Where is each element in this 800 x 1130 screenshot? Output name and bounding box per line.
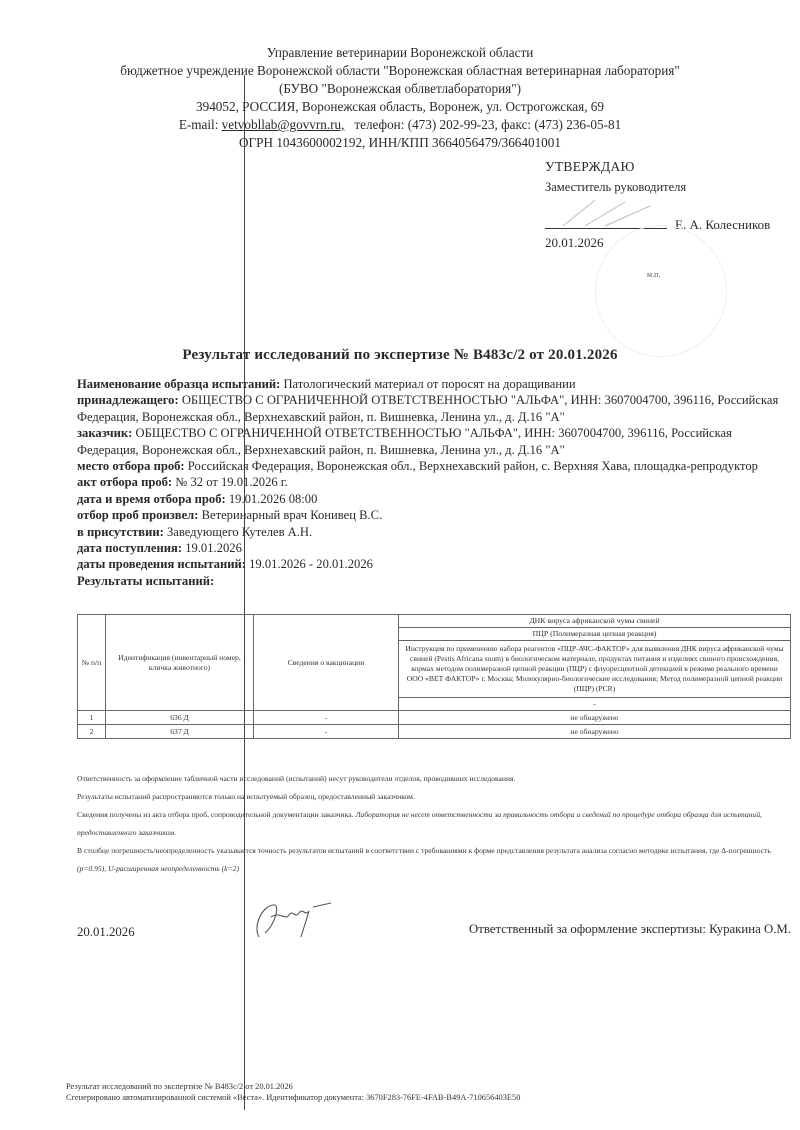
cell-result: не обнаружено <box>399 711 791 725</box>
page-footer: Результат исследований по экспертизе № В… <box>66 1081 520 1103</box>
lab-header: Управление ветеринарии Воронежской облас… <box>0 44 800 152</box>
field-value: ОБЩЕСТВО С ОГРАНИЧЕННОЙ ОТВЕТСТВЕННОСТЬЮ… <box>77 393 778 423</box>
scan-artifact-line <box>244 75 245 1110</box>
field-value: Патологический материал от поросят на до… <box>283 377 575 391</box>
note-text: В столбце погрешность/неопределенность у… <box>77 846 771 855</box>
col-header-method-name: ПЦР (Полимеразная цепная реакция) <box>399 628 791 641</box>
email-label: E-mail: <box>179 117 219 132</box>
cell-number: 2 <box>78 725 106 739</box>
field-label: дата поступления: <box>77 541 182 555</box>
footer-generator: Сгенерировано автоматизированной системо… <box>66 1092 520 1103</box>
header-short-name: (БУВО "Воронежская облветлаборатория") <box>0 80 800 98</box>
approval-title: УТВЕРЖДАЮ <box>545 158 686 176</box>
note-source: Сведения получены из акта отбора проб, с… <box>77 806 795 842</box>
header-address: 394052, РОССИЯ, Воронежская область, Вор… <box>0 98 800 116</box>
cell-result: не обнаружено <box>399 725 791 739</box>
note-text: (p=0.95), U-расширенная неопределенность… <box>77 864 239 873</box>
signature-icon <box>555 196 665 230</box>
field-value: Российская Федерация, Воронежская обл., … <box>188 459 758 473</box>
field-label: в присутствии: <box>77 525 164 539</box>
approval-role: Заместитель руководителя <box>545 178 686 196</box>
col-header-number: № п/п <box>78 615 106 711</box>
sample-fields: Наименование образца испытаний: Патологи… <box>77 376 795 589</box>
results-table: № п/п Идентификация (инвентарный номер, … <box>77 614 791 739</box>
responsible-person: Ответственный за оформление экспертизы: … <box>469 922 791 937</box>
col-header-identification: Идентификация (инвентарный номер, кличка… <box>106 615 254 711</box>
field-label: принадлежащего: <box>77 393 179 407</box>
field-sampling-place: место отбора проб: Российская Федерация,… <box>77 458 795 474</box>
field-customer: заказчик: ОБЩЕСТВО С ОГРАНИЧЕННОЙ ОТВЕТС… <box>77 425 795 458</box>
field-label: место отбора проб: <box>77 459 185 473</box>
field-label: отбор проб произвел: <box>77 508 198 522</box>
field-value: 19.01.2026 08:00 <box>229 492 318 506</box>
field-value: Ветеринарный врач Конивец В.С. <box>202 508 383 522</box>
col-header-method-doc: Инструкция по применению набора реагенто… <box>399 641 791 698</box>
field-label: Наименование образца испытаний: <box>77 377 280 391</box>
field-owner: принадлежащего: ОБЩЕСТВО С ОГРАНИЧЕННОЙ … <box>77 392 795 425</box>
header-institution: бюджетное учреждение Воронежской области… <box>0 62 800 80</box>
table-header-row: № п/п Идентификация (инвентарный номер, … <box>78 615 791 628</box>
signoff-date: 20.01.2026 <box>77 925 135 940</box>
signature-icon <box>251 897 341 941</box>
field-value: 19.01.2026 - 20.01.2026 <box>249 557 373 571</box>
seal-label: м.п. <box>647 270 660 279</box>
footer-reference: Результат исследований по экспертизе № В… <box>66 1081 520 1092</box>
note-text: Сведения получены из акта отбора проб, с… <box>77 810 353 819</box>
field-results-heading: Результаты испытаний: <box>77 573 795 589</box>
field-sampled-by: отбор проб произвел: Ветеринарный врач К… <box>77 507 795 523</box>
email-link[interactable]: vetvobllab@govvrn.ru, <box>222 117 345 132</box>
cell-vaccination: - <box>254 711 399 725</box>
field-value: Заведующего Кутелев А.Н. <box>167 525 312 539</box>
note-scope: Результаты испытаний распространяются то… <box>77 788 795 806</box>
seal-stamp-icon <box>595 225 727 357</box>
document-title: Результат исследований по экспертизе № В… <box>0 347 800 364</box>
col-header-indicator: ДНК вируса африканской чумы свиней <box>399 615 791 628</box>
field-in-presence: в присутствии: Заведующего Кутелев А.Н. <box>77 524 795 540</box>
field-label: даты проведения испытаний: <box>77 557 246 571</box>
field-sample-name: Наименование образца испытаний: Патологи… <box>77 376 795 392</box>
field-sampling-datetime: дата и время отбора проб: 19.01.2026 08:… <box>77 491 795 507</box>
header-contacts: E-mail: vetvobllab@govvrn.ru, телефон: (… <box>0 116 800 134</box>
table-row: 1 636 Д - не обнаружено <box>78 711 791 725</box>
field-received-date: дата поступления: 19.01.2026 <box>77 540 795 556</box>
note-uncertainty: В столбце погрешность/неопределенность у… <box>77 842 795 878</box>
field-test-dates: даты проведения испытаний: 19.01.2026 - … <box>77 556 795 572</box>
header-ministry: Управление ветеринарии Воронежской облас… <box>0 44 800 62</box>
phones: телефон: (473) 202-99-23, факс: (473) 23… <box>354 117 621 132</box>
notes: Ответственность за оформление табличной … <box>77 770 795 878</box>
cell-identification: 636 Д <box>106 711 254 725</box>
field-label: заказчик: <box>77 426 132 440</box>
field-label: Результаты испытаний: <box>77 574 214 588</box>
field-label: дата и время отбора проб: <box>77 492 226 506</box>
cell-identification: 637 Д <box>106 725 254 739</box>
table-row: 2 637 Д - не обнаружено <box>78 725 791 739</box>
field-value: 19.01.2026 <box>185 541 242 555</box>
cell-vaccination: - <box>254 725 399 739</box>
field-sampling-act: акт отбора проб: № 32 от 19.01.2026 г. <box>77 474 795 490</box>
note-responsibility: Ответственность за оформление табличной … <box>77 770 795 788</box>
field-value: ОБЩЕСТВО С ОГРАНИЧЕННОЙ ОТВЕТСТВЕННОСТЬЮ… <box>77 426 732 456</box>
field-label: акт отбора проб: <box>77 475 172 489</box>
col-header-norm: - <box>399 698 791 711</box>
col-header-vaccination: Сведения о вакцинации <box>254 615 399 711</box>
header-registration: ОГРН 1043600002192, ИНН/КПП 3664056479/3… <box>0 134 800 152</box>
cell-number: 1 <box>78 711 106 725</box>
field-value: № 32 от 19.01.2026 г. <box>175 475 287 489</box>
